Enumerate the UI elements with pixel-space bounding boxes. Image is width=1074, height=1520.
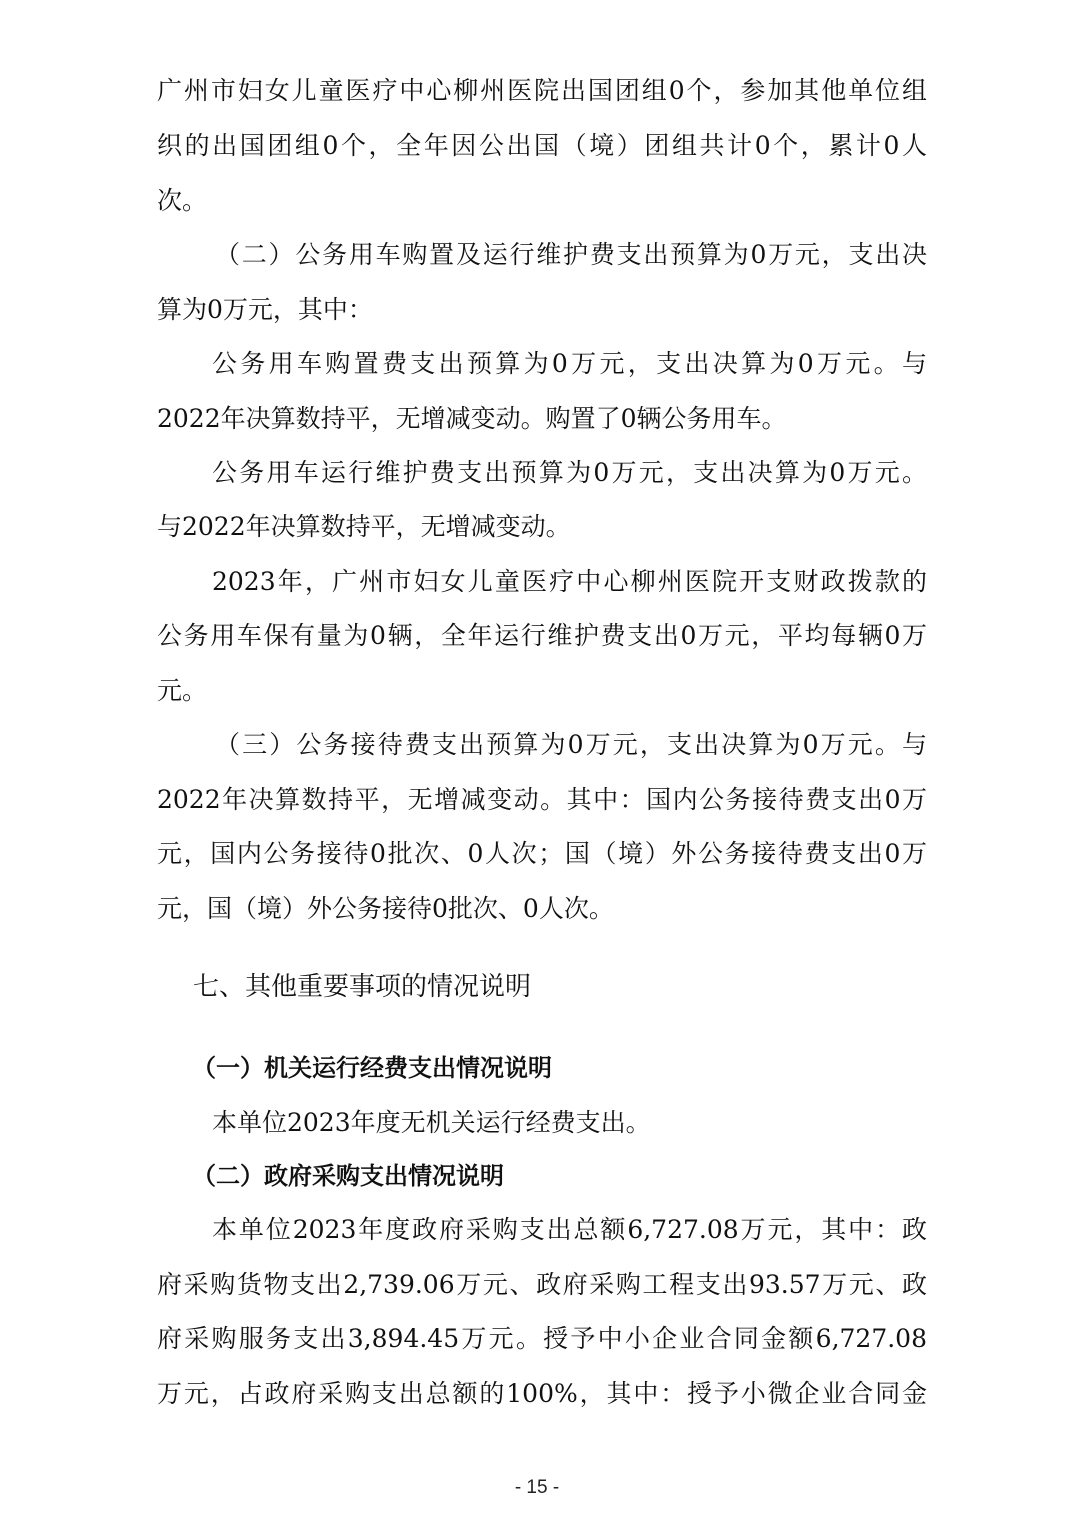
- paragraph-6-line-4: 元，国（境）外公务接待0批次、0人次。: [157, 892, 927, 926]
- subsection-2-line-1: 本单位2023年度政府采购支出总额6,727.08万元，其中：政: [212, 1213, 927, 1247]
- subsection-2-line-3: 府采购服务支出3,894.45万元。授予中小企业合同金额6,727.08: [157, 1322, 927, 1356]
- paragraph-6-line-2: 2022年决算数持平，无增减变动。其中：国内公务接待费支出0万: [157, 783, 927, 817]
- subsection-1-body: 本单位2023年度无机关运行经费支出。: [212, 1106, 982, 1140]
- paragraph-1-line-1: 广州市妇女儿童医疗中心柳州医院出国团组0个，参加其他单位组: [157, 74, 927, 108]
- subsection-2-line-4: 万元，占政府采购支出总额的100%，其中：授予小微企业合同金: [157, 1377, 927, 1411]
- paragraph-1-line-3: 次。: [157, 184, 927, 218]
- paragraph-4-line-2: 与2022年决算数持平，无增减变动。: [157, 510, 927, 544]
- paragraph-1-line-2: 织的出国团组0个，全年因公出国（境）团组共计0个，累计0人: [157, 129, 927, 163]
- paragraph-3-line-1: 公务用车购置费支出预算为0万元，支出决算为0万元。与: [212, 347, 927, 381]
- paragraph-2-line-2: 算为0万元，其中：: [157, 293, 927, 327]
- subsection-1-heading: （一）机关运行经费支出情况说明: [192, 1051, 552, 1085]
- paragraph-4-line-1: 公务用车运行维护费支出预算为0万元，支出决算为0万元。: [212, 456, 927, 490]
- paragraph-3-line-2: 2022年决算数持平，无增减变动。购置了0辆公务用车。: [157, 402, 927, 436]
- document-page: 广州市妇女儿童医疗中心柳州医院出国团组0个，参加其他单位组 织的出国团组0个，全…: [0, 0, 1074, 1520]
- subsection-2-heading: （二）政府采购支出情况说明: [192, 1159, 504, 1193]
- paragraph-5-line-3: 元。: [157, 674, 927, 708]
- section-heading: 七、其他重要事项的情况说明: [193, 970, 531, 1004]
- paragraph-6-line-3: 元，国内公务接待0批次、0人次；国（境）外公务接待费支出0万: [157, 837, 927, 871]
- paragraph-5-line-1: 2023年，广州市妇女儿童医疗中心柳州医院开支财政拨款的: [212, 565, 927, 599]
- paragraph-5-line-2: 公务用车保有量为0辆，全年运行维护费支出0万元，平均每辆0万: [157, 619, 927, 653]
- paragraph-2-line-1: （二）公务用车购置及运行维护费支出预算为0万元，支出决: [215, 238, 927, 272]
- subsection-2-line-2: 府采购货物支出2,739.06万元、政府采购工程支出93.57万元、政: [157, 1268, 927, 1302]
- page-number: - 15 -: [0, 1477, 1074, 1499]
- paragraph-6-line-1: （三）公务接待费支出预算为0万元，支出决算为0万元。与: [215, 728, 927, 762]
